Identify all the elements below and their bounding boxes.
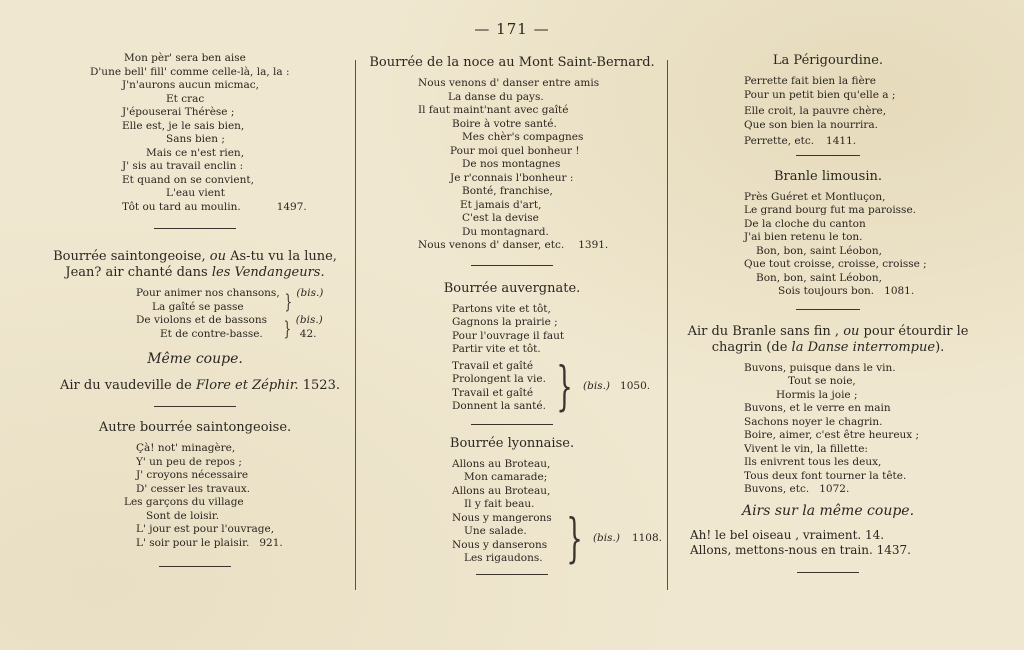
- verse-line: Elle est, je le sais bien,: [100, 120, 350, 134]
- verse-line: Partons vite et tôt,: [452, 303, 662, 317]
- verse-line: J' croyons nécessaire: [124, 469, 350, 483]
- verse: Buvons, puisque dans le vin. Tout se noi…: [678, 362, 978, 497]
- verse-line: Hormis la joie ;: [744, 389, 978, 403]
- verse-line: Boire à votre santé.: [418, 118, 662, 132]
- separator-rule: [471, 265, 553, 266]
- verse: Çà! not' minagère, Y' un peu de repos ; …: [40, 442, 350, 550]
- verse-line: Vivent le vin, la fillette:: [744, 443, 978, 457]
- verse-line: Que tout croisse, croisse, croisse ;: [744, 258, 978, 272]
- separator-rule: [159, 566, 231, 567]
- column-2: Bourrée de la noce au Mont Saint-Bernard…: [362, 54, 662, 587]
- verse-bis: Pour animer nos chansons, La gaîté se pa…: [40, 287, 350, 341]
- song-number: 1072.: [819, 483, 849, 497]
- song-number: 1050.: [620, 380, 650, 394]
- verse-line: Elle croit, la pauvre chère,: [744, 105, 978, 119]
- verse-line: Et de contre-basse.: [136, 328, 267, 342]
- verse-top: Mon pèr' sera ben aise D'une bell' fill'…: [40, 52, 350, 214]
- verse-line: Pour l'ouvrage il faut: [452, 330, 662, 344]
- verse-line: Bon, bon, saint Léobon,: [744, 272, 978, 286]
- verse-line: Partir vite et tôt.: [452, 343, 662, 357]
- verse-line: J' sis au travail enclin :: [100, 160, 350, 174]
- song-number: 1497.: [277, 201, 307, 215]
- verse-line: Buvons, et le verre en main: [744, 402, 978, 416]
- verse-line: De violons et de bassons: [136, 314, 267, 328]
- verse-line: Que son bien la nourrira.: [744, 119, 978, 133]
- air-reference: Ah! le bel oiseau , vraiment. 14.: [690, 528, 978, 543]
- verse-line: Nous venons d' danser, etc.: [418, 239, 564, 251]
- verse-line: Çà! not' minagère,: [124, 442, 350, 456]
- verse-line: La danse du pays.: [418, 91, 662, 105]
- verse-line: Les rigaudons.: [452, 552, 556, 566]
- verse-line: Perrette fait bien la fière: [744, 75, 978, 89]
- song-number: 1081.: [884, 285, 914, 299]
- brace-icon: }: [556, 362, 573, 412]
- song-title: Bourrée auvergnate.: [362, 280, 662, 297]
- verse-line: Sachons noyer le chagrin.: [744, 416, 978, 430]
- verse-line: Y' un peu de repos ;: [124, 456, 350, 470]
- verse: Allons au Broteau, Mon camarade; Allons …: [362, 458, 662, 566]
- song-number: 921.: [259, 537, 282, 551]
- verse-line: Et crac: [100, 93, 350, 107]
- verse-line: Buvons, puisque dans le vin.: [744, 362, 978, 376]
- column-3: La Périgourdine. Perrette fait bien la f…: [678, 52, 978, 585]
- verse-line: Mon camarade;: [452, 471, 662, 485]
- verse-line: Sans bien ;: [100, 133, 350, 147]
- bis-label: (bis.): [583, 380, 610, 394]
- verse-line: Donnent la santé.: [452, 400, 546, 414]
- verse-line: Du montagnard.: [418, 226, 662, 240]
- verse-line: Travail et gaîté: [452, 360, 546, 374]
- verse-line: Nous y danserons: [452, 539, 556, 553]
- verse-line: Tout se noie,: [744, 375, 978, 389]
- separator-rule: [797, 572, 859, 573]
- verse-line: Allons au Broteau,: [452, 485, 662, 499]
- song-title: Branle limousin.: [678, 168, 978, 185]
- verse-line: Bon, bon, saint Léobon,: [744, 245, 978, 259]
- separator-rule: [796, 309, 860, 310]
- air-reference: Allons, mettons-nous en train. 1437.: [690, 543, 978, 558]
- verse-line: Pour animer nos chansons,: [136, 287, 280, 301]
- column-divider-left: [355, 60, 356, 590]
- verse-line: J'n'aurons aucun micmac,: [100, 79, 350, 93]
- airs-list: Ah! le bel oiseau , vraiment. 14. Allons…: [678, 528, 978, 558]
- separator-rule: [476, 574, 548, 575]
- song-title: Bourrée lyonnaise.: [362, 435, 662, 452]
- verse-line: Il y fait beau.: [452, 498, 662, 512]
- bis-label: (bis.): [296, 287, 323, 301]
- verse-line: Allons au Broteau,: [452, 458, 662, 472]
- verse-line: Ils enivrent tous les deux,: [744, 456, 978, 470]
- brace-icon: }: [284, 292, 292, 310]
- verse: Partons vite et tôt, Gagnons la prairie …: [362, 303, 662, 414]
- song-number: 1411.: [826, 135, 856, 149]
- song-title: Bourrée de la noce au Mont Saint-Bernard…: [362, 54, 662, 71]
- verse: Nous venons d' danser entre amis La dans…: [362, 77, 662, 253]
- bis-label: (bis.): [296, 314, 323, 328]
- verse-line: Il faut maint'nant avec gaîté: [418, 104, 662, 118]
- bis-label: (bis.): [593, 532, 620, 546]
- page-number: — 171 —: [0, 20, 1024, 38]
- verse-line: Mais ce n'est rien,: [100, 147, 350, 161]
- verse-line: La gaîté se passe: [136, 301, 280, 315]
- verse-line: De la cloche du canton: [744, 218, 978, 232]
- verse-line: L' jour est pour l'ouvrage,: [124, 523, 350, 537]
- verse-line: Boire, aimer, c'est être heureux ;: [744, 429, 978, 443]
- verse-line: Travail et gaîté: [452, 387, 546, 401]
- verse-line: Bonté, franchise,: [418, 185, 662, 199]
- verse-line: Tous deux font tourner la tête.: [744, 470, 978, 484]
- verse-line: J'ai bien retenu le ton.: [744, 231, 978, 245]
- song-title: Air du Branle sans fin , ou pour étourdi…: [678, 324, 978, 356]
- verse: Perrette fait bien la fière Pour un peti…: [678, 75, 978, 149]
- verse-line: Gagnons la prairie ;: [452, 316, 662, 330]
- verse-line: Près Guéret et Montluçon,: [744, 191, 978, 205]
- section-heading: Airs sur la même coupe.: [678, 503, 978, 520]
- verse-line: Mes chèr's compagnes: [418, 131, 662, 145]
- verse-line: Et quand on se convient,: [100, 174, 350, 188]
- verse-line: Tôt ou tard au moulin.: [122, 201, 241, 213]
- song-number: 1391.: [578, 239, 608, 253]
- verse-line: Buvons, etc.: [744, 483, 809, 495]
- song-title: Bourrée saintongeoise, ou As-tu vu la lu…: [40, 249, 350, 281]
- verse-line: L' soir pour le plaisir.: [136, 537, 249, 549]
- verse-line: De nos montagnes: [418, 158, 662, 172]
- verse-line: Sont de loisir.: [124, 510, 350, 524]
- column-1: Mon pèr' sera ben aise D'une bell' fill'…: [40, 52, 350, 579]
- brace-icon: }: [566, 514, 583, 564]
- separator-rule: [154, 228, 236, 229]
- verse-line: Perrette, etc.: [744, 135, 814, 147]
- verse-line: Le grand bourg fut ma paroisse.: [744, 204, 978, 218]
- separator-rule: [796, 155, 860, 156]
- verse-line: Nous y mangerons: [452, 512, 556, 526]
- air-reference: Air du vaudeville de Flore et Zéphir. 15…: [40, 378, 350, 394]
- section-heading: Même coupe.: [40, 351, 350, 368]
- verse-line: Les garçons du village: [124, 496, 350, 510]
- song-title: Autre bourrée saintongeoise.: [40, 419, 350, 436]
- separator-rule: [154, 406, 236, 407]
- verse-line: Et jamais d'art,: [418, 199, 662, 213]
- song-number: 1108.: [632, 532, 662, 546]
- verse-line: Une salade.: [452, 525, 556, 539]
- verse-line: Nous venons d' danser entre amis: [418, 77, 662, 91]
- song-number: 42.: [296, 328, 323, 342]
- verse-line: D' cesser les travaux.: [124, 483, 350, 497]
- song-title: La Périgourdine.: [678, 52, 978, 69]
- verse-line: Pour un petit bien qu'elle a ;: [744, 89, 978, 103]
- verse-line: D'une bell' fill' comme celle-là, la, la…: [90, 66, 350, 80]
- verse-line: L'eau vient: [100, 187, 350, 201]
- verse-line: J'épouserai Thérèse ;: [100, 106, 350, 120]
- verse-line: Pour moi quel bonheur !: [418, 145, 662, 159]
- verse-line: Je r'connais l'bonheur :: [418, 172, 662, 186]
- separator-rule: [471, 424, 553, 425]
- verse-line: Mon pèr' sera ben aise: [100, 52, 350, 66]
- verse-line: Prolongent la vie.: [452, 373, 546, 387]
- verse-line: Sois toujours bon.: [778, 285, 874, 297]
- column-divider-right: [667, 60, 668, 590]
- verse-line: C'est la devise: [418, 212, 662, 226]
- verse: Près Guéret et Montluçon, Le grand bourg…: [678, 191, 978, 299]
- brace-icon: }: [284, 319, 292, 337]
